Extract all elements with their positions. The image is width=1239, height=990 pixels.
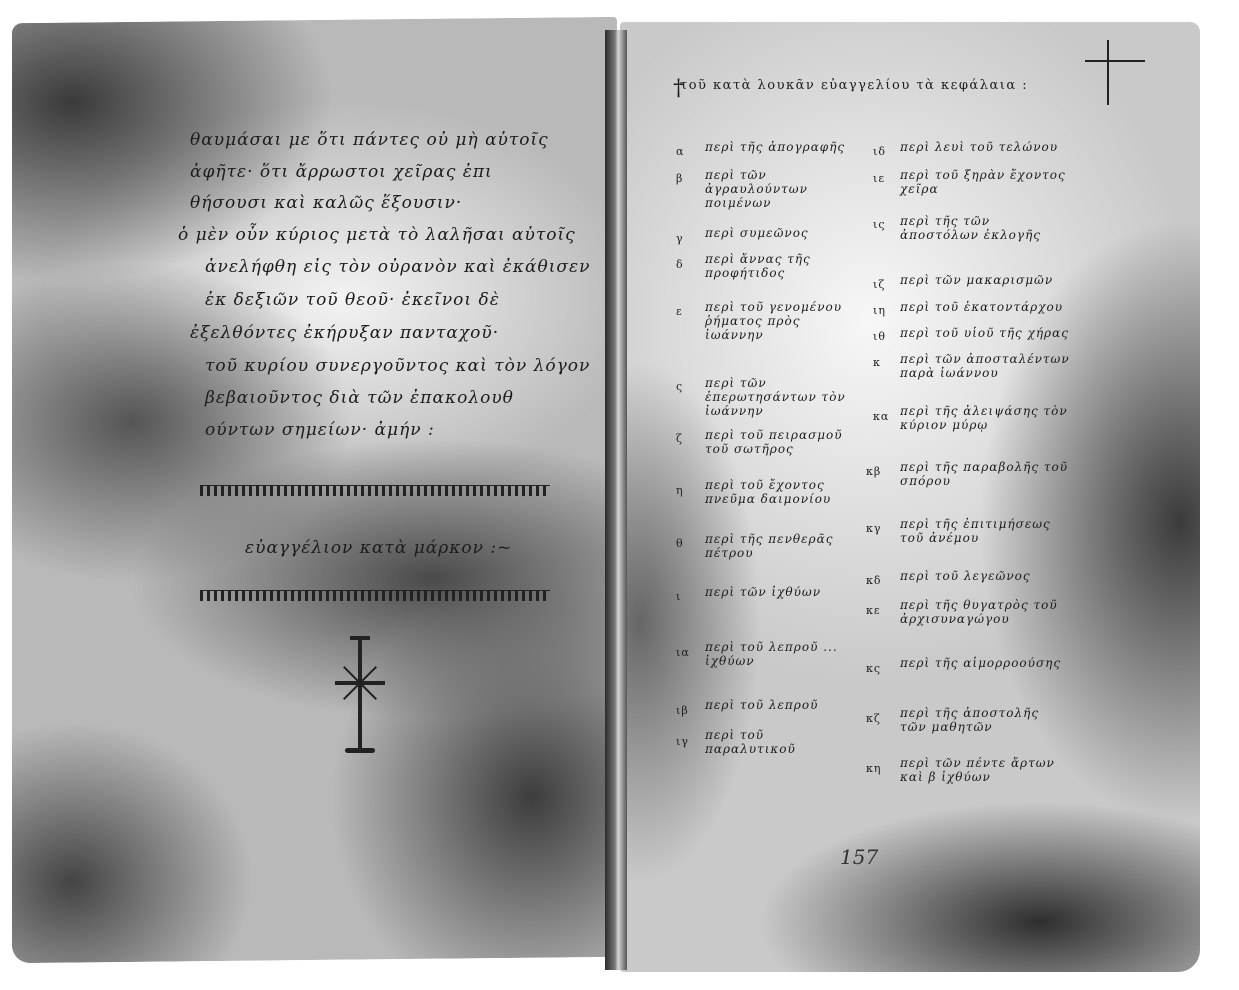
left-text-line: ἐκ δεξιῶν τοῦ θεοῦ· ἐκεῖνοι δὲ [205,290,500,310]
chapter-number: ιζ [873,278,885,291]
decorative-band [200,485,550,496]
chapter-number: ι [676,590,681,603]
chapter-entry: περὶ τοῦ λεπροῦ ... ἰχθύων [705,640,855,668]
folio-number: 157 [840,845,878,869]
chapter-entry: περὶ τῆς αἱμορροούσης [900,656,1061,670]
chapter-entry: περὶ τῆς θυγατρὸς τοῦ ἀρχισυναγώγου [900,598,1070,626]
left-text-line: ἀνελήφθη εἰς τὸν οὐρανὸν καὶ ἐκάθισεν [205,257,590,277]
chapter-number: ιθ [873,330,886,343]
chapter-number: κε [866,604,881,617]
chapter-number: γ [676,232,684,245]
cross-ornament-icon [325,636,395,826]
chapter-entry: περὶ τῆς τῶν ἀποστόλων ἐκλογῆς [900,214,1070,242]
chapter-entry: περὶ τῶν ἀγραυλούντων ποιμένων [705,168,855,210]
chapter-entry: περὶ τῶν μακαρισμῶν [900,273,1053,287]
chapter-entry: περὶ τῆς ἐπιτιμήσεως τοῦ ἀνέμου [900,517,1070,545]
chapter-entry: περὶ τοῦ λεπροῦ [705,698,818,712]
chapter-entry: περὶ τῶν πέντε ἄρτων καὶ β ἰχθύων [900,756,1070,784]
chapter-entry: περὶ τῶν ἰχθύων [705,585,855,599]
left-text-line: θαυμάσαι με ὅτι πάντες οὐ μὴ αὐτοῖς [190,130,549,150]
chapter-entry: περὶ τῶν ἐπερωτησάντων τὸν ἰωάννην [705,376,855,418]
chapter-entry: περὶ τῆς ἀπογραφῆς [705,140,845,154]
chapter-number: ιδ [873,145,886,158]
chapter-entry: περὶ τῶν ἀποσταλέντων παρὰ ἰωάννου [900,352,1070,380]
chapter-number: κα [873,410,889,423]
chapter-entry: περὶ τοῦ ξηρὰν ἔχοντος χεῖρα [900,168,1070,196]
chapter-number: ιη [873,304,886,317]
chapter-number: η [676,484,684,497]
chapter-number: κ [873,356,881,369]
left-text-line: ἀφῆτε· ὅτι ἄρρωστοι χεῖρας ἐπι [190,162,493,182]
chapter-number: ις [873,218,885,231]
gospel-title: εὐαγγέλιον κατὰ μάρκον :~ [245,538,512,558]
chapter-number: ε [676,305,683,318]
chapter-number: κς [866,662,881,675]
chapter-number: ιβ [676,704,689,717]
chapter-entry: περὶ λευὶ τοῦ τελώνου [900,140,1058,154]
corner-cross-icon [1085,40,1145,100]
chapter-entry: περὶ συμεῶνος [705,226,809,240]
book-gutter [605,30,627,970]
chapter-list-header: τοῦ κατὰ λουκᾶν εὐαγγελίου τὰ κεφάλαια : [680,78,1028,93]
chapter-entry: περὶ τοῦ υἱοῦ τῆς χήρας [900,326,1069,340]
chapter-number: κη [866,762,881,775]
chapter-number: θ [676,537,684,550]
left-text-line: θήσουσι καὶ καλῶς ἕξουσιν· [190,193,462,213]
chapter-entry: περὶ τοῦ παραλυτικοῦ [705,728,855,756]
left-text-line: ὁ μὲν οὖν κύριος μετὰ τὸ λαλῆσαι αὐτοῖς [178,225,576,245]
chapter-entry: περὶ τοῦ λεγεῶνος [900,569,1031,583]
chapter-number: δ [676,258,684,271]
chapter-number: β [676,172,683,185]
chapter-entry: περὶ τοῦ ἔχοντος πνεῦμα δαιμονίου [705,478,855,506]
chapter-entry: περὶ τῆς παραβολῆς τοῦ σπόρου [900,460,1070,488]
chapter-number: κγ [866,522,881,535]
chapter-number: ζ [676,432,683,445]
chapter-number: ιγ [676,735,689,748]
chapter-entry: περὶ ἄννας τῆς προφήτιδος [705,252,855,280]
chapter-number: κβ [866,465,881,478]
chapter-number: κζ [866,712,881,725]
chapter-entry: περὶ τῆς πενθερᾶς πέτρου [705,532,855,560]
chapter-entry: περὶ τοῦ ἑκατοντάρχου [900,300,1063,314]
left-text-line: ούντων σημείων· ἀμήν : [205,420,435,440]
left-text-line: βεβαιοῦντος διὰ τῶν ἐπακολουθ [205,388,514,408]
chapter-number: ια [676,646,690,659]
manuscript-photo: θαυμάσαι με ὅτι πάντες οὐ μὴ αὐτοῖς ἀφῆτ… [0,0,1239,990]
left-text-line: τοῦ κυρίου συνεργοῦντος καὶ τὸν λόγον [205,356,590,376]
chapter-number: ς [676,380,683,393]
chapter-entry: περὶ τῆς ἀποστολῆς τῶν μαθητῶν [900,706,1070,734]
chapter-number: α [676,145,684,158]
chapter-number: ιε [873,172,885,185]
chapter-entry: περὶ τοῦ πειρασμοῦ τοῦ σωτῆρος [705,428,855,456]
chapter-entry: περὶ τῆς ἀλειψάσης τὸν κύριον μύρῳ [900,404,1070,432]
chapter-entry: περὶ τοῦ γενομένου ῥήματος πρὸς ἰωάννην [705,300,855,342]
left-text-line: ἐξελθόντες ἐκήρυξαν πανταχοῦ· [190,323,499,343]
decorative-band [200,590,550,601]
chapter-number: κδ [866,574,882,587]
